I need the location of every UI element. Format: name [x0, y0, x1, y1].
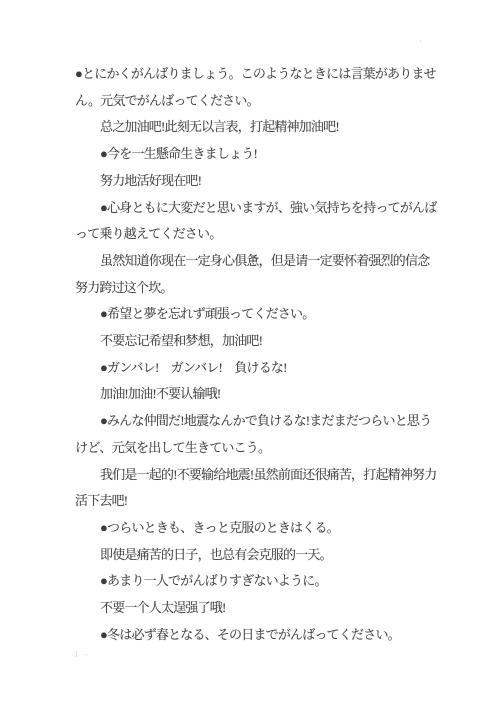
text-line: 总之加油吧!此刻无以言表，打起精神加油吧!: [75, 114, 440, 141]
text-line: ●希望と夢を忘れず頑張ってください。: [75, 301, 440, 328]
text-line: 努力跨过这个坎。: [75, 275, 440, 302]
text-line: ●今を一生懸命生きましょう!: [75, 141, 440, 168]
text-line: 虽然知道你现在一定身心俱惫，但是请一定要怀着强烈的信念: [75, 248, 440, 275]
text-line: ん。元気でがんばってください。: [75, 88, 440, 115]
text-line: 不要忘记希望和梦想，加油吧!: [75, 328, 440, 355]
page-number-mark: 1 -: [74, 649, 90, 659]
document-page: · ●とにかくがんばりましょう。このようなときには言葉がありません。元気でがんば…: [0, 0, 500, 708]
text-line: 我们是一起的!不要输给地震!虽然前面还很痛苦，打起精神努力: [75, 462, 440, 489]
text-line: 努力地活好现在吧!: [75, 168, 440, 195]
text-line: ●つらいときも、きっと克服のときはくる。: [75, 515, 440, 542]
text-line: ●とにかくがんばりましょう。このようなときには言葉がありませ: [75, 61, 440, 88]
text-line: 活下去吧!: [75, 488, 440, 515]
text-line: って乗り越えてください。: [75, 221, 440, 248]
text-line: けど、元気を出して生きていこう。: [75, 435, 440, 462]
text-line: 即使是痛苦的日子，也总有会克服的一天。: [75, 542, 440, 569]
scan-speck-mark: ·: [418, 36, 423, 46]
text-line: ●冬は必ず春となる、その日までがんばってください。: [75, 622, 440, 649]
text-line: 加油!加油!不要认输哦!: [75, 381, 440, 408]
text-line: 不要一个人太逞强了哦!: [75, 595, 440, 622]
text-line: ●みんな仲間だ!地震なんかで負けるな!まだまだつらいと思う: [75, 408, 440, 435]
text-line: ●あまり一人でがんばりすぎないように。: [75, 568, 440, 595]
text-line: ●ガンバレ! ガンバレ! 負けるな!: [75, 355, 440, 382]
text-line: ●心身ともに大変だと思いますが、強い気持ちを持ってがんば: [75, 195, 440, 222]
document-lines: ●とにかくがんばりましょう。このようなときには言葉がありません。元気でがんばって…: [75, 61, 440, 648]
